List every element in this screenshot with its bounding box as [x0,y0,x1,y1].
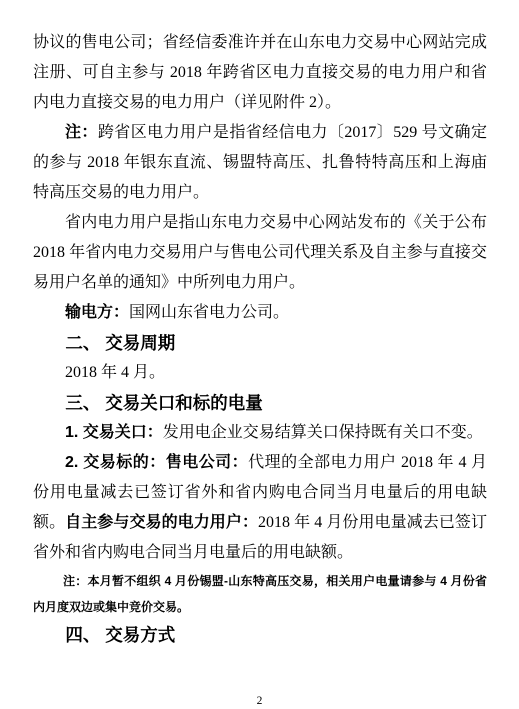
text-run: 省内电力用户是指山东电力交易中心网站发布的《关于公布 2018 年省内电力交易用… [33,214,487,291]
bold-text-run: 自主参与交易的电力用户： [65,514,258,531]
bold-text-run: 输电方： [65,304,129,321]
section-heading: 三、 交易关口和标的电量 [33,388,487,418]
body-paragraph: 注：跨省区电力用户是指省经信电力〔2017〕529 号文确定的参与 2018 年… [33,118,487,208]
bold-text-run: 注： [65,124,98,141]
document-page: 协议的售电公司；省经信委准许并在山东电力交易中心网站完成注册、可自主参与 201… [0,0,519,709]
footnote-paragraph: 注：本月暂不组织 4 月份锡盟-山东特高压交易，相关用户电量请参与 4 月份省内… [33,568,487,620]
page-number: 2 [0,694,519,708]
body-paragraph: 省内电力用户是指山东电力交易中心网站发布的《关于公布 2018 年省内电力交易用… [33,208,487,298]
text-run: 2018 年 4 月。 [65,364,165,381]
body-paragraph: 2018 年 4 月。 [33,358,487,388]
bold-text-run: 四、 交易方式 [65,625,175,645]
section-heading: 四、 交易方式 [33,620,487,650]
bold-text-run: 注：本月暂不组织 4 月份锡盟-山东特高压交易，相关用户电量请参与 4 月份省内… [33,574,487,614]
bold-text-run: 2. 交易标的：售电公司： [65,454,248,471]
document-body: 协议的售电公司；省经信委准许并在山东电力交易中心网站完成注册、可自主参与 201… [33,28,487,650]
text-run: 协议的售电公司；省经信委准许并在山东电力交易中心网站完成注册、可自主参与 201… [33,34,487,111]
section-heading: 二、 交易周期 [33,328,487,358]
body-paragraph: 协议的售电公司；省经信委准许并在山东电力交易中心网站完成注册、可自主参与 201… [33,28,487,118]
bold-text-run: 二、 交易周期 [65,333,175,353]
body-paragraph: 1. 交易关口：发用电企业交易结算关口保持既有关口不变。 [33,418,487,448]
text-run: 国网山东省电力公司。 [129,304,289,321]
body-paragraph: 输电方：国网山东省电力公司。 [33,298,487,328]
bold-text-run: 1. 交易关口： [65,424,163,441]
text-run: 跨省区电力用户是指省经信电力〔2017〕529 号文确定的参与 2018 年银东… [33,124,487,201]
body-paragraph: 2. 交易标的：售电公司：代理的全部电力用户 2018 年 4 月份用电量减去已… [33,448,487,568]
text-run: 发用电企业交易结算关口保持既有关口不变。 [163,424,483,441]
bold-text-run: 三、 交易关口和标的电量 [65,393,262,413]
